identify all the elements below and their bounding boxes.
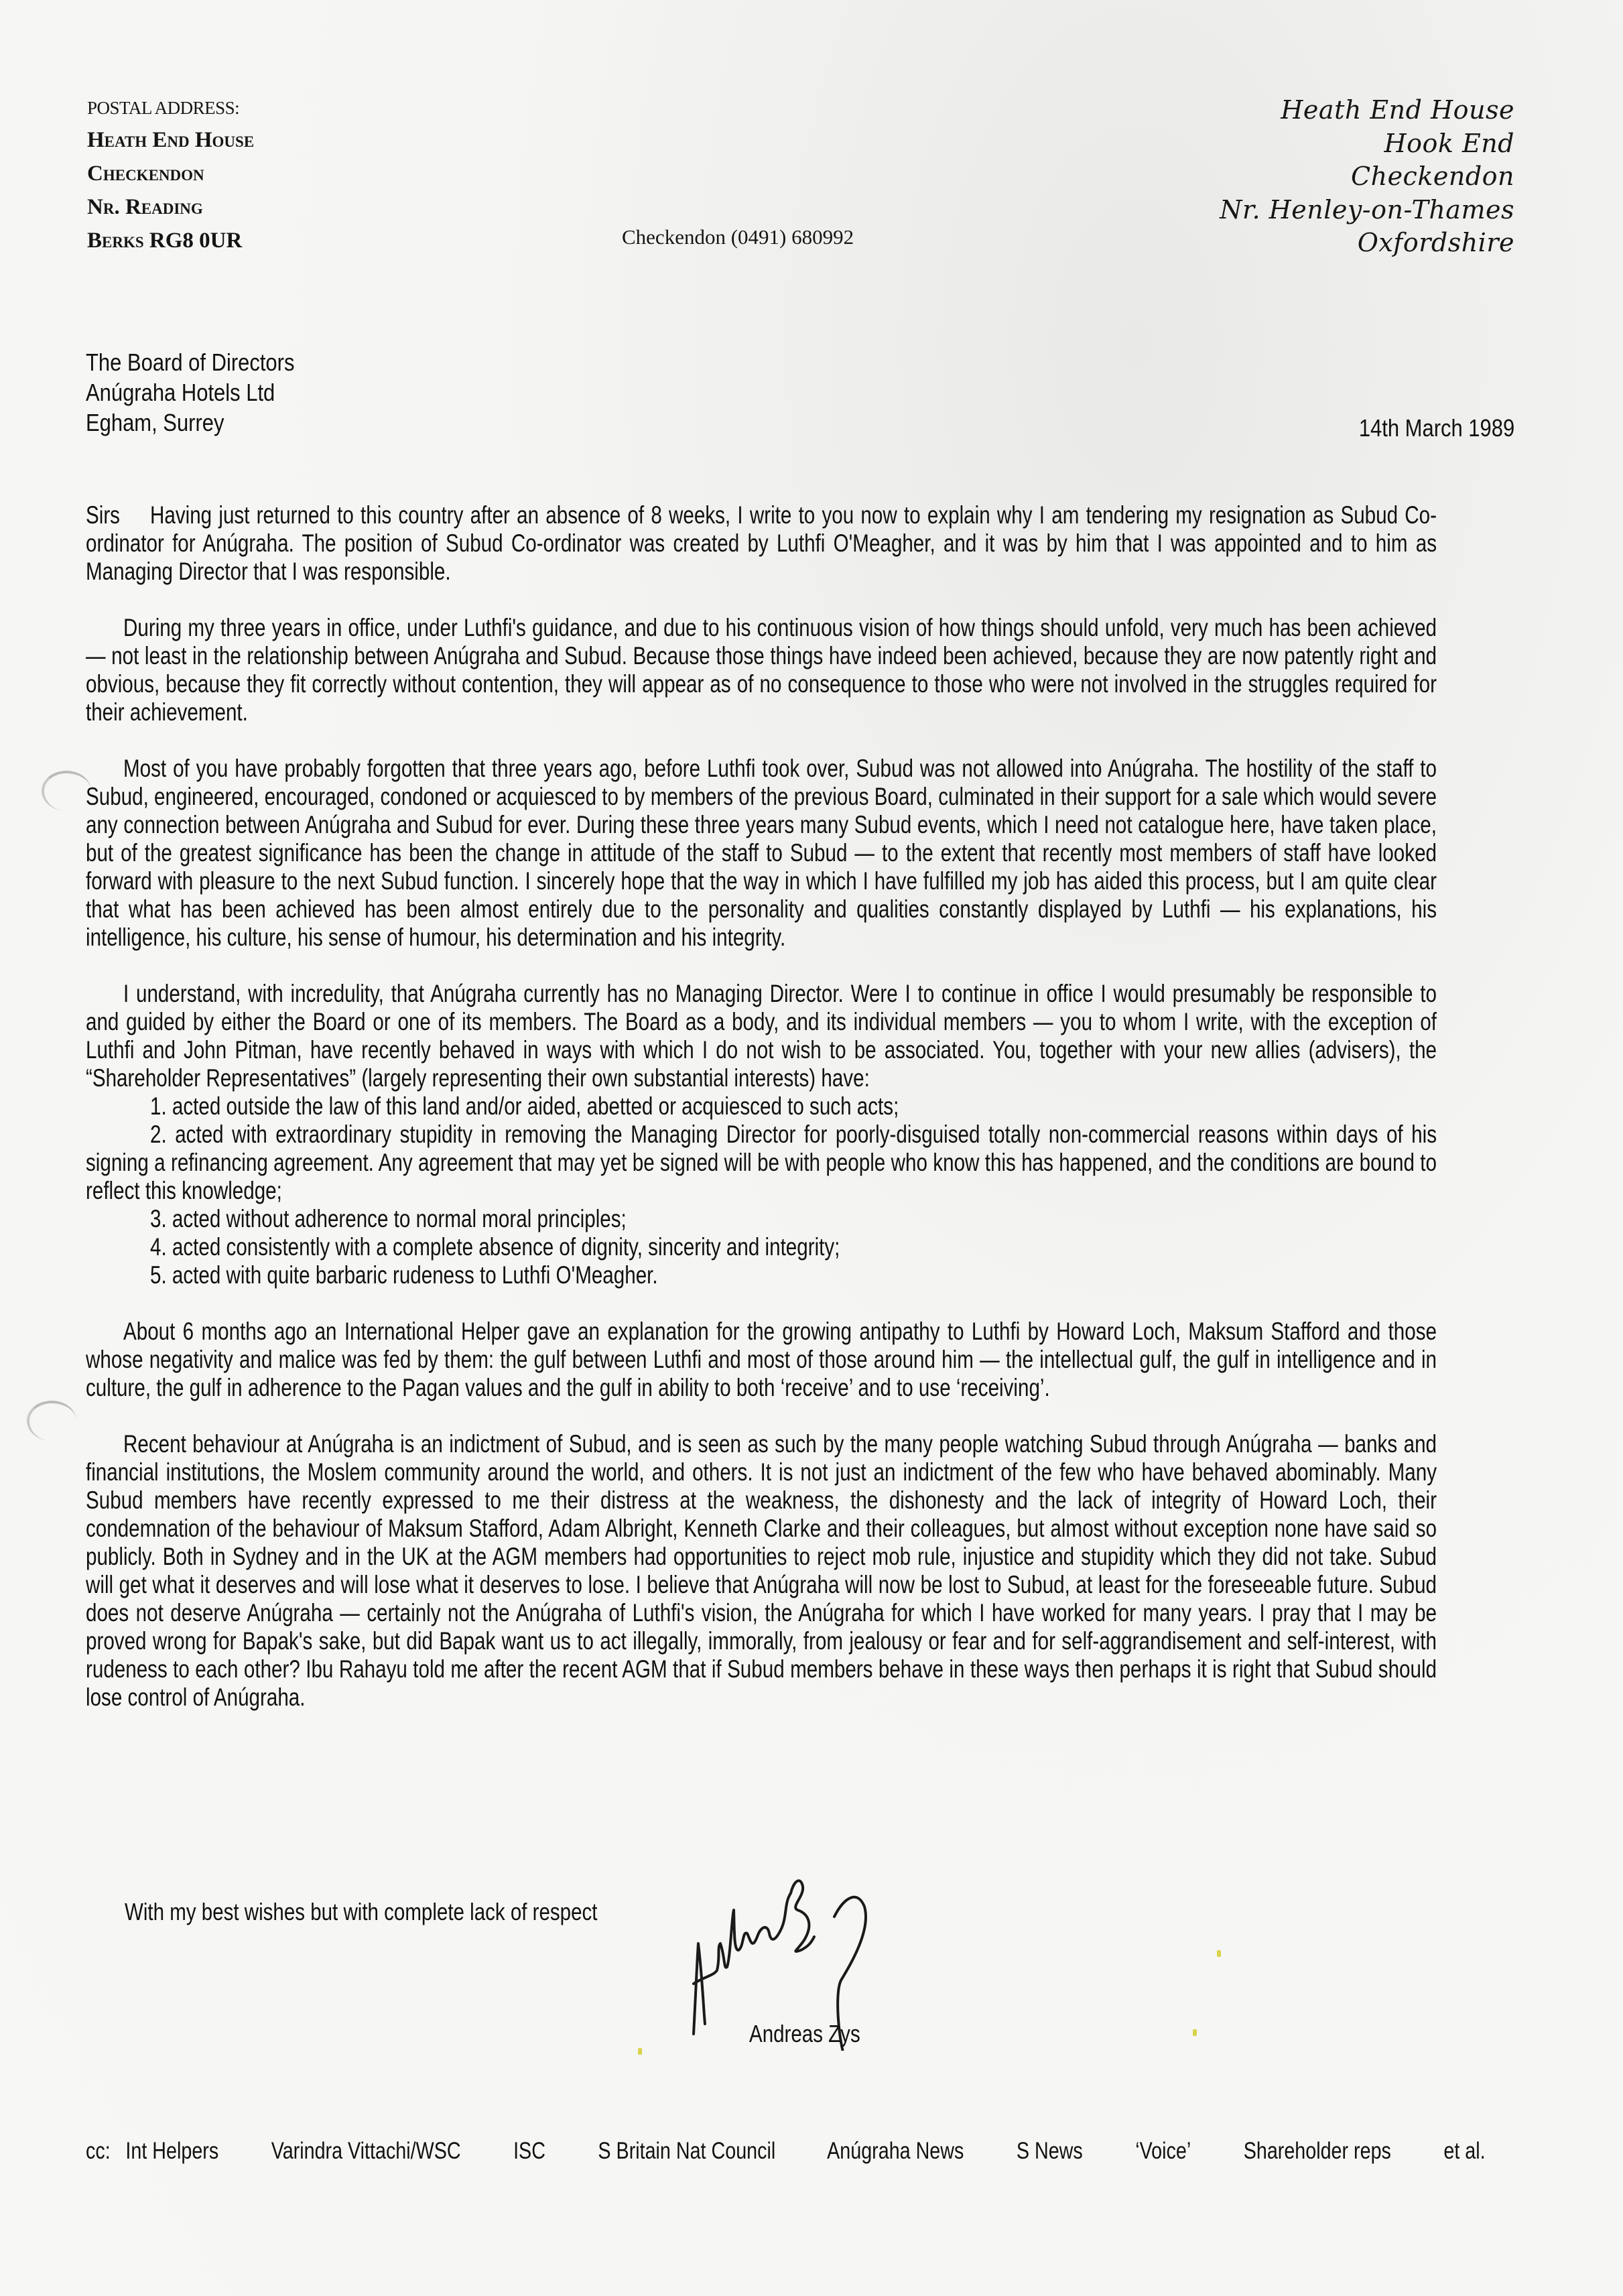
paragraph: Most of you have probably forgotten that… [86, 755, 1437, 952]
recipient-address: The Board of Directors Anúgraha Hotels L… [86, 347, 294, 438]
phone-number: Checkendon (0491) 680992 [622, 225, 854, 249]
letter-date: 14th March 1989 [1359, 414, 1514, 442]
letter-body: SirsHaving just returned to this country… [86, 501, 1437, 1740]
paper-speck [1193, 2029, 1197, 2036]
sender-address: Heath End House Hook End Checkendon Nr. … [1220, 94, 1514, 260]
paragraph: I understand, with incredulity, that Anú… [86, 980, 1437, 1092]
postal-address-label: POSTAL ADDRESS: [87, 98, 254, 119]
salutation: Sirs [86, 501, 150, 529]
address-line: Nr. Henley-on-Thames [1220, 194, 1514, 227]
punch-hole-mark [27, 1401, 76, 1441]
address-line: Checkendon [1220, 160, 1514, 194]
postal-address: POSTAL ADDRESS: Heath End House Checkend… [87, 98, 254, 253]
address-line: Oxfordshire [1220, 227, 1514, 260]
cc-recipient: Varindra Vittachi/WSC [271, 2138, 461, 2164]
postal-line: Nr. Reading [87, 195, 254, 219]
grievance-list: 1. acted outside the law of this land an… [86, 1092, 1437, 1289]
paragraph: Recent behaviour at Anúgraha is an indic… [86, 1430, 1437, 1712]
opening-paragraph: SirsHaving just returned to this country… [86, 501, 1437, 586]
cc-recipient: S News [1017, 2138, 1083, 2164]
paper-speck [1217, 1950, 1221, 1957]
cc-recipient: ISC [513, 2138, 545, 2164]
cc-recipient: Anúgraha News [827, 2138, 964, 2164]
list-item: 5. acted with quite barbaric rudeness to… [86, 1261, 1437, 1289]
closing-line: With my best wishes but with complete la… [125, 1898, 597, 1926]
recipient-line: Egham, Surrey [86, 407, 294, 438]
cc-list: cc: Int Helpers Varindra Vittachi/WSC IS… [86, 2138, 1533, 2165]
letter-page: POSTAL ADDRESS: Heath End House Checkend… [0, 0, 1623, 2296]
cc-recipient: Shareholder reps [1244, 2138, 1391, 2164]
signer-name: Andreas Zys [749, 2020, 860, 2048]
cc-recipient: et al. [1443, 2138, 1485, 2164]
address-line: Heath End House [1220, 94, 1514, 127]
recipient-line: The Board of Directors [86, 347, 294, 377]
list-item: 2. acted with extraordinary stupidity in… [86, 1121, 1437, 1205]
paragraph: During my three years in office, under L… [86, 614, 1437, 726]
paragraph-text: Having just returned to this country aft… [86, 501, 1437, 585]
paragraph: About 6 months ago an International Help… [86, 1318, 1437, 1402]
postal-line: Heath End House [87, 128, 254, 152]
list-item: 3. acted without adherence to normal mor… [86, 1205, 1437, 1233]
cc-label: cc: [86, 2138, 111, 2164]
address-line: Hook End [1220, 127, 1514, 161]
postal-line: Checkendon [87, 162, 254, 186]
list-item: 4. acted consistently with a complete ab… [86, 1233, 1437, 1261]
grievance-section: I understand, with incredulity, that Anú… [86, 980, 1437, 1289]
paper-speck [638, 2048, 642, 2055]
list-item: 1. acted outside the law of this land an… [86, 1092, 1437, 1121]
cc-recipient: ‘Voice’ [1135, 2138, 1191, 2164]
cc-recipient: Int Helpers [125, 2138, 218, 2164]
postal-line: Berks RG8 0UR [87, 229, 254, 253]
recipient-line: Anúgraha Hotels Ltd [86, 377, 294, 407]
cc-recipient: S Britain Nat Council [598, 2138, 775, 2164]
punch-hole-mark [42, 771, 91, 811]
